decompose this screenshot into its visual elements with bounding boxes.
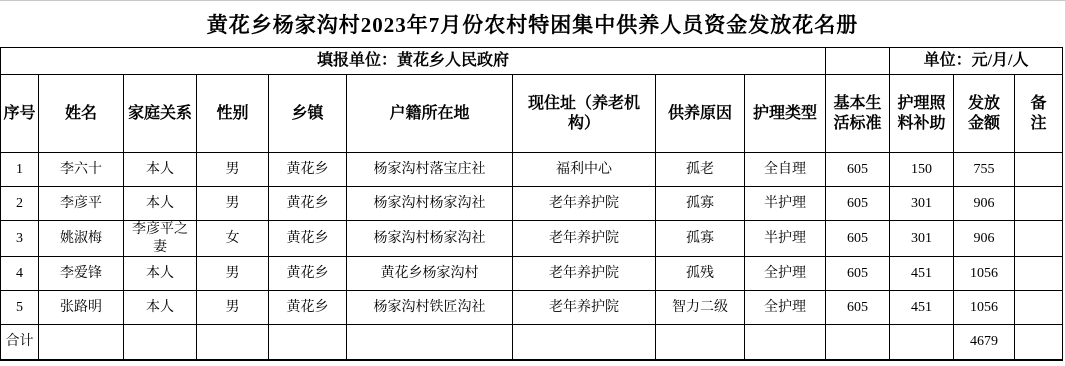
header-cell-family-relation: 家庭关系 bbox=[124, 75, 197, 153]
header-row: 序号 姓名 家庭关系 性别 乡镇 户籍所在地 现住址（养老机 构） 供养原因 护… bbox=[1, 75, 1063, 153]
cell-family-relation: 本人 bbox=[124, 153, 197, 187]
subheader-row: 填报单位：黄花乡人民政府 单位：元/月/人 bbox=[1, 48, 1063, 75]
cell-family-relation: 李彦平之妻 bbox=[124, 221, 197, 257]
header-cell-nursing-subsidy: 护理照 料补助 bbox=[890, 75, 954, 153]
cell-registered-address: 杨家沟村杨家沟社 bbox=[347, 221, 513, 257]
total-empty-cell bbox=[656, 325, 745, 360]
header-cell-registered-address: 户籍所在地 bbox=[347, 75, 513, 153]
cell-family-relation: 本人 bbox=[124, 257, 197, 291]
cell-support-reason: 孤老 bbox=[656, 153, 745, 187]
cell-township: 黄花乡 bbox=[269, 221, 347, 257]
cell-basic-living-standard: 605 bbox=[826, 291, 890, 325]
cell-name: 姚淑梅 bbox=[39, 221, 124, 257]
cell-gender: 男 bbox=[197, 291, 269, 325]
total-empty-cell bbox=[1015, 325, 1063, 360]
header-cell-basic-living-standard: 基本生 活标准 bbox=[826, 75, 890, 153]
cell-nursing-subsidy: 150 bbox=[890, 153, 954, 187]
cell-township: 黄花乡 bbox=[269, 257, 347, 291]
cell-current-address: 老年养护院 bbox=[513, 187, 656, 221]
cell-care-type: 全护理 bbox=[745, 291, 826, 325]
cell-amount-issued: 906 bbox=[954, 221, 1015, 257]
cell-current-address: 老年养护院 bbox=[513, 221, 656, 257]
cell-amount-issued: 755 bbox=[954, 153, 1015, 187]
cell-township: 黄花乡 bbox=[269, 291, 347, 325]
table-row: 2 李彦平 本人 男 黄花乡 杨家沟村杨家沟社 老年养护院 孤寡 半护理 605… bbox=[1, 187, 1063, 221]
cell-family-relation: 本人 bbox=[124, 187, 197, 221]
cell-name: 李彦平 bbox=[39, 187, 124, 221]
total-empty-cell bbox=[826, 325, 890, 360]
cell-name: 李六十 bbox=[39, 153, 124, 187]
cell-serial: 2 bbox=[1, 187, 39, 221]
cell-serial: 3 bbox=[1, 221, 39, 257]
cell-serial: 1 bbox=[1, 153, 39, 187]
cell-amount-issued: 1056 bbox=[954, 291, 1015, 325]
subheader-empty-cell bbox=[826, 48, 890, 75]
cell-registered-address: 黄花乡杨家沟村 bbox=[347, 257, 513, 291]
cell-current-address: 福利中心 bbox=[513, 153, 656, 187]
total-empty-cell bbox=[745, 325, 826, 360]
cell-care-type: 全护理 bbox=[745, 257, 826, 291]
header-cell-gender: 性别 bbox=[197, 75, 269, 153]
header-cell-current-address: 现住址（养老机 构） bbox=[513, 75, 656, 153]
total-empty-cell bbox=[347, 325, 513, 360]
cell-gender: 男 bbox=[197, 257, 269, 291]
header-cell-amount-issued: 发放 金额 bbox=[954, 75, 1015, 153]
cell-registered-address: 杨家沟村落宝庄社 bbox=[347, 153, 513, 187]
header-cell-township: 乡镇 bbox=[269, 75, 347, 153]
total-empty-cell bbox=[513, 325, 656, 360]
roster-document: 黄花乡杨家沟村2023年7月份农村特困集中供养人员资金发放花名册 填报单位：黄花… bbox=[0, 0, 1065, 366]
cell-gender: 女 bbox=[197, 221, 269, 257]
cell-remarks bbox=[1015, 187, 1063, 221]
header-cell-remarks: 备 注 bbox=[1015, 75, 1063, 153]
cell-township: 黄花乡 bbox=[269, 187, 347, 221]
cell-support-reason: 孤寡 bbox=[656, 221, 745, 257]
cell-serial: 5 bbox=[1, 291, 39, 325]
table-row: 5 张路明 本人 男 黄花乡 杨家沟村铁匠沟社 老年养护院 智力二级 全护理 6… bbox=[1, 291, 1063, 325]
unit-label: 单位：元/月/人 bbox=[890, 48, 1063, 75]
cell-serial: 4 bbox=[1, 257, 39, 291]
cell-amount-issued: 1056 bbox=[954, 257, 1015, 291]
cell-remarks bbox=[1015, 221, 1063, 257]
reporting-unit-label: 填报单位：黄花乡人民政府 bbox=[1, 48, 826, 75]
total-empty-cell bbox=[890, 325, 954, 360]
cell-nursing-subsidy: 301 bbox=[890, 221, 954, 257]
cell-registered-address: 杨家沟村铁匠沟社 bbox=[347, 291, 513, 325]
cell-nursing-subsidy: 451 bbox=[890, 257, 954, 291]
table-row: 1 李六十 本人 男 黄花乡 杨家沟村落宝庄社 福利中心 孤老 全自理 605 … bbox=[1, 153, 1063, 187]
total-empty-cell bbox=[39, 325, 124, 360]
cell-family-relation: 本人 bbox=[124, 291, 197, 325]
cell-registered-address: 杨家沟村杨家沟社 bbox=[347, 187, 513, 221]
cell-support-reason: 孤残 bbox=[656, 257, 745, 291]
cell-nursing-subsidy: 451 bbox=[890, 291, 954, 325]
cell-current-address: 老年养护院 bbox=[513, 257, 656, 291]
header-cell-name: 姓名 bbox=[39, 75, 124, 153]
cell-remarks bbox=[1015, 291, 1063, 325]
document-title: 黄花乡杨家沟村2023年7月份农村特困集中供养人员资金发放花名册 bbox=[0, 1, 1065, 47]
total-row: 合计 4679 bbox=[1, 325, 1063, 360]
total-amount: 4679 bbox=[954, 325, 1015, 360]
cell-nursing-subsidy: 301 bbox=[890, 187, 954, 221]
cell-basic-living-standard: 605 bbox=[826, 153, 890, 187]
header-cell-support-reason: 供养原因 bbox=[656, 75, 745, 153]
total-empty-cell bbox=[124, 325, 197, 360]
cell-name: 李爱锋 bbox=[39, 257, 124, 291]
cell-support-reason: 孤寡 bbox=[656, 187, 745, 221]
table-row: 4 李爱锋 本人 男 黄花乡 黄花乡杨家沟村 老年养护院 孤残 全护理 605 … bbox=[1, 257, 1063, 291]
cell-remarks bbox=[1015, 153, 1063, 187]
table-row: 3 姚淑梅 李彦平之妻 女 黄花乡 杨家沟村杨家沟社 老年养护院 孤寡 半护理 … bbox=[1, 221, 1063, 257]
cell-amount-issued: 906 bbox=[954, 187, 1015, 221]
cell-remarks bbox=[1015, 257, 1063, 291]
cell-gender: 男 bbox=[197, 187, 269, 221]
cell-basic-living-standard: 605 bbox=[826, 187, 890, 221]
header-cell-serial: 序号 bbox=[1, 75, 39, 153]
cell-township: 黄花乡 bbox=[269, 153, 347, 187]
cell-basic-living-standard: 605 bbox=[826, 221, 890, 257]
cell-current-address: 老年养护院 bbox=[513, 291, 656, 325]
cell-name: 张路明 bbox=[39, 291, 124, 325]
roster-table: 填报单位：黄花乡人民政府 单位：元/月/人 序号 姓名 家庭关系 性别 乡镇 户… bbox=[0, 47, 1063, 361]
total-label: 合计 bbox=[1, 325, 39, 360]
cell-care-type: 全自理 bbox=[745, 153, 826, 187]
cell-care-type: 半护理 bbox=[745, 221, 826, 257]
total-empty-cell bbox=[197, 325, 269, 360]
header-cell-care-type: 护理类型 bbox=[745, 75, 826, 153]
cell-gender: 男 bbox=[197, 153, 269, 187]
cell-basic-living-standard: 605 bbox=[826, 257, 890, 291]
cell-support-reason: 智力二级 bbox=[656, 291, 745, 325]
total-empty-cell bbox=[269, 325, 347, 360]
cell-care-type: 半护理 bbox=[745, 187, 826, 221]
